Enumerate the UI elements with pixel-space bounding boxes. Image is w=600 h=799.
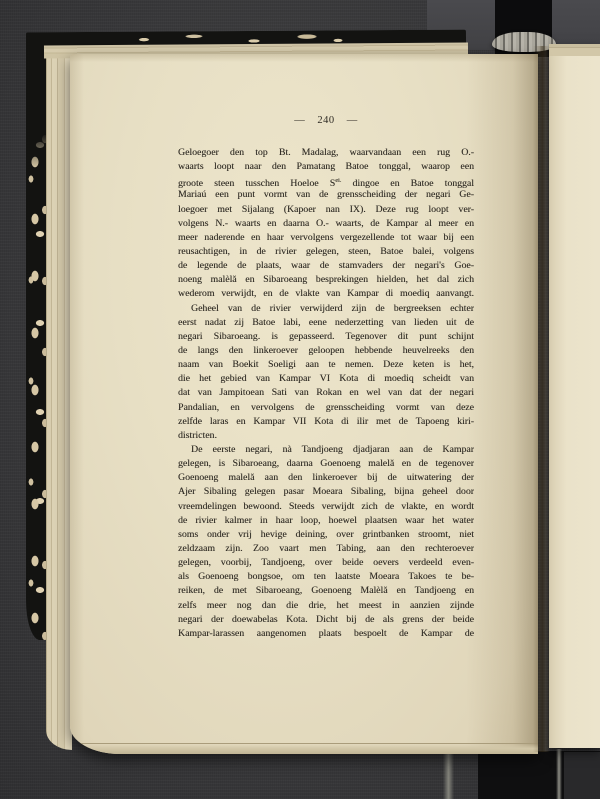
text-line: de rivier kalmer in haar loop, hoewel pl… [178,514,474,528]
text-line: negari der doewabelas Kota. Dicht bij de… [178,613,474,627]
text-column: Geloegoer den top Bt. Madalag, waarvanda… [178,146,474,641]
text-line: Mariaú een punt vormt van de grensscheid… [178,188,474,202]
text-line: negari Sibaroeang. is gepasseerd. Tegeno… [178,330,474,344]
left-page: — 240 — Geloegoer den top Bt. Madalag, w… [70,54,538,754]
text-line: als Goenoeng bongsoe, om ten laatste Moe… [178,570,474,584]
paragraph: Geheel van de rivier verwijderd zijn de … [178,302,474,443]
page-bottom-edges [70,743,538,754]
text-line: die het gebied van Kampar VI Kota di moe… [178,372,474,386]
text-line: vreemdelingen bewoond. Steeds verwijdt z… [178,500,474,514]
text-line: zeldzaam zijn. Zoo vaart men Tabing, aan… [178,542,474,556]
book-photograph: — 240 — Geloegoer den top Bt. Madalag, w… [0,0,600,799]
text-line: volgens N.- waarts en daarna O.- waarts,… [178,217,474,231]
text-line: loegoer met Sijalang (Kapoer nan IX). De… [178,203,474,217]
text-line: meer naderende en haar vervolgens vergez… [178,231,474,245]
text-line: groote steen tusschen Hoeloe Sei. dingoe… [178,174,474,188]
gutter-fold [533,46,550,752]
text-line: wederom verwijdt, en de vlakte van Kampa… [178,287,474,301]
text-line: naam van Boekit Soeligi aan te nemen. De… [178,358,474,372]
page-left-shading [70,54,84,754]
bottom-edge-streak [556,749,562,799]
facing-page-top-edge [549,44,600,56]
text-line: de langs den linkeroever geloopen hebben… [178,344,474,358]
facing-page-edge [549,44,600,748]
page-stack-fore-edges [46,46,72,750]
paragraph: Geloegoer den top Bt. Madalag, waarvanda… [178,146,474,302]
text-line: Ajer Sibaling gelegen pasar Moeara Sibal… [178,485,474,499]
text-line: districten. [178,429,474,443]
text-line: reiken, de met Sibaroeang, Goenoeng Malè… [178,584,474,598]
bottom-board-edge [564,752,600,799]
text-line: Geloegoer den top Bt. Madalag, waarvanda… [178,146,474,160]
text-line: zelfs meer nog dan die drie, het meest i… [178,599,474,613]
text-line: gelegen, is Sibaroeang, daarna Goenoeng … [178,457,474,471]
spine-board-right [552,0,600,48]
paragraph: De eerste negari, nà Tandjoeng djadjaran… [178,443,474,641]
text-line: dat van Jampitoean Sati van Rokan en wel… [178,386,474,400]
text-line: zelfde laras en Kampar VII Kota di ilir … [178,415,474,429]
page-number: — 240 — [178,115,474,126]
bottom-edge-streak [443,752,454,799]
text-line: De eerste negari, nà Tandjoeng djadjaran… [178,443,474,457]
text-line: de legende de plaats, waar de stamvaders… [178,259,474,273]
text-line: Kampar-larassen aangenomen plaats bespoe… [178,627,474,641]
text-line: Geheel van de rivier verwijderd zijn de … [178,302,474,316]
text-line: soms onder vrij hevige deining, over gri… [178,528,474,542]
page-gutter-shading [466,54,538,754]
text-line: noeng malèlă en Sibaroeang besprekingen … [178,273,474,287]
text-line: reusachtigen, in de rivier gelegen, stee… [178,245,474,259]
text-line: gelegen, voorbij, Tandjoeng, over beide … [178,556,474,570]
text-line: Goenoeng malelă aan den linkeroever bij … [178,471,474,485]
text-line: Pandalian, en vervolgens de grensscheidi… [178,401,474,415]
text-line: eerst nadat zij Batoe labi, eene nederze… [178,316,474,330]
text-line: waarts loopt naar den Pamatang Batoe ton… [178,160,474,174]
